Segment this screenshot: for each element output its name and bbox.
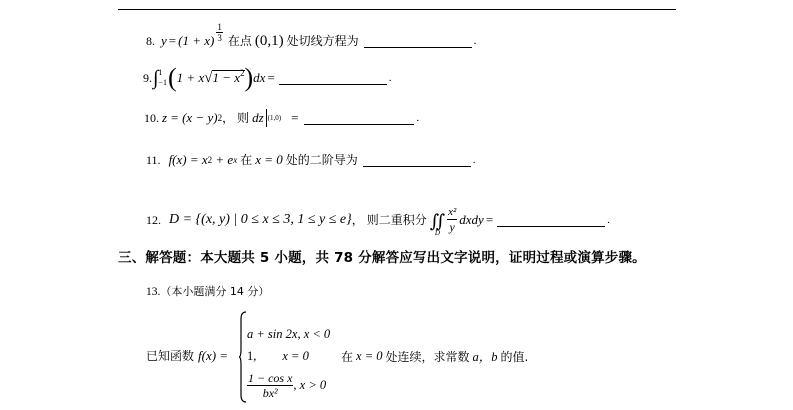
- exponent-fraction: 1 3: [216, 22, 223, 43]
- question-11: 11. f(x) = x2 + ex 在 x = 0 处的二阶导为 .: [146, 152, 476, 168]
- double-integral: ∬ D: [430, 213, 445, 237]
- case-zero: 1, x = 0: [247, 349, 309, 364]
- question-number: 10.: [144, 110, 159, 126]
- math-expr: (1 + x): [178, 33, 214, 49]
- math-dx: dx: [253, 70, 265, 86]
- double-integral-icon: ∬: [430, 213, 445, 229]
- math-lhs: y: [161, 33, 167, 49]
- evaluation-bar: [266, 109, 267, 127]
- section-heading: 三、解答题：本大题共 5 小题，共 78 分解答应写出文字说明，证明过程或演算步…: [118, 246, 646, 266]
- answer-blank[interactable]: [364, 35, 472, 48]
- math-term: 1 + x: [177, 70, 205, 86]
- case-negative: a + sin 2x, x < 0: [247, 327, 330, 342]
- question-12: 12. D = {(x, y) | 0 ≤ x ≤ 3, 1 ≤ y ≤ e} …: [146, 203, 610, 237]
- problem-13-header: 13.（本小题满分 14 分）: [146, 283, 269, 299]
- integrand-fraction: x² y: [447, 206, 457, 234]
- set-definition: D = {(x, y) | 0 ≤ x ≤ 3, 1 ≤ y ≤ e}: [169, 212, 352, 228]
- function-name: f(x) =: [198, 348, 228, 364]
- left-brace-icon: [239, 311, 247, 403]
- question-10: 10. z = (x − y)2 ， 则 dz (1,0) = .: [144, 109, 419, 127]
- math-eq: =: [169, 33, 176, 49]
- text-at-point: 在点: [228, 33, 252, 49]
- question-number: 8.: [146, 33, 155, 49]
- question-9: 9. ∫ 1 −1 ( 1 + x √ 1 − x2 ) dx = .: [143, 68, 392, 88]
- question-number: 12.: [146, 212, 161, 228]
- answer-blank[interactable]: [279, 72, 387, 85]
- case-positive: 1 − cos x bx² , x > 0: [247, 371, 326, 400]
- question-number: 11.: [146, 152, 161, 168]
- answer-blank[interactable]: [363, 154, 471, 167]
- answer-blank[interactable]: [304, 112, 414, 125]
- problem-13-body: 已知函数 f(x) = a + sin 2x, x < 0 1, x = 0 1…: [146, 311, 706, 406]
- question-number: 9.: [143, 70, 152, 86]
- math-point: (0,1): [255, 33, 284, 49]
- top-rule: [118, 9, 676, 10]
- integral-limits: 1 −1: [158, 68, 167, 88]
- square-root: √ 1 − x2: [204, 70, 244, 86]
- radical-icon: √: [204, 70, 212, 86]
- answer-blank[interactable]: [497, 214, 605, 227]
- text-tangent: 处切线方程为: [287, 33, 359, 49]
- question-8: 8. y = (1 + x) 1 3 在点 (0,1) 处切线方程为 .: [146, 33, 476, 49]
